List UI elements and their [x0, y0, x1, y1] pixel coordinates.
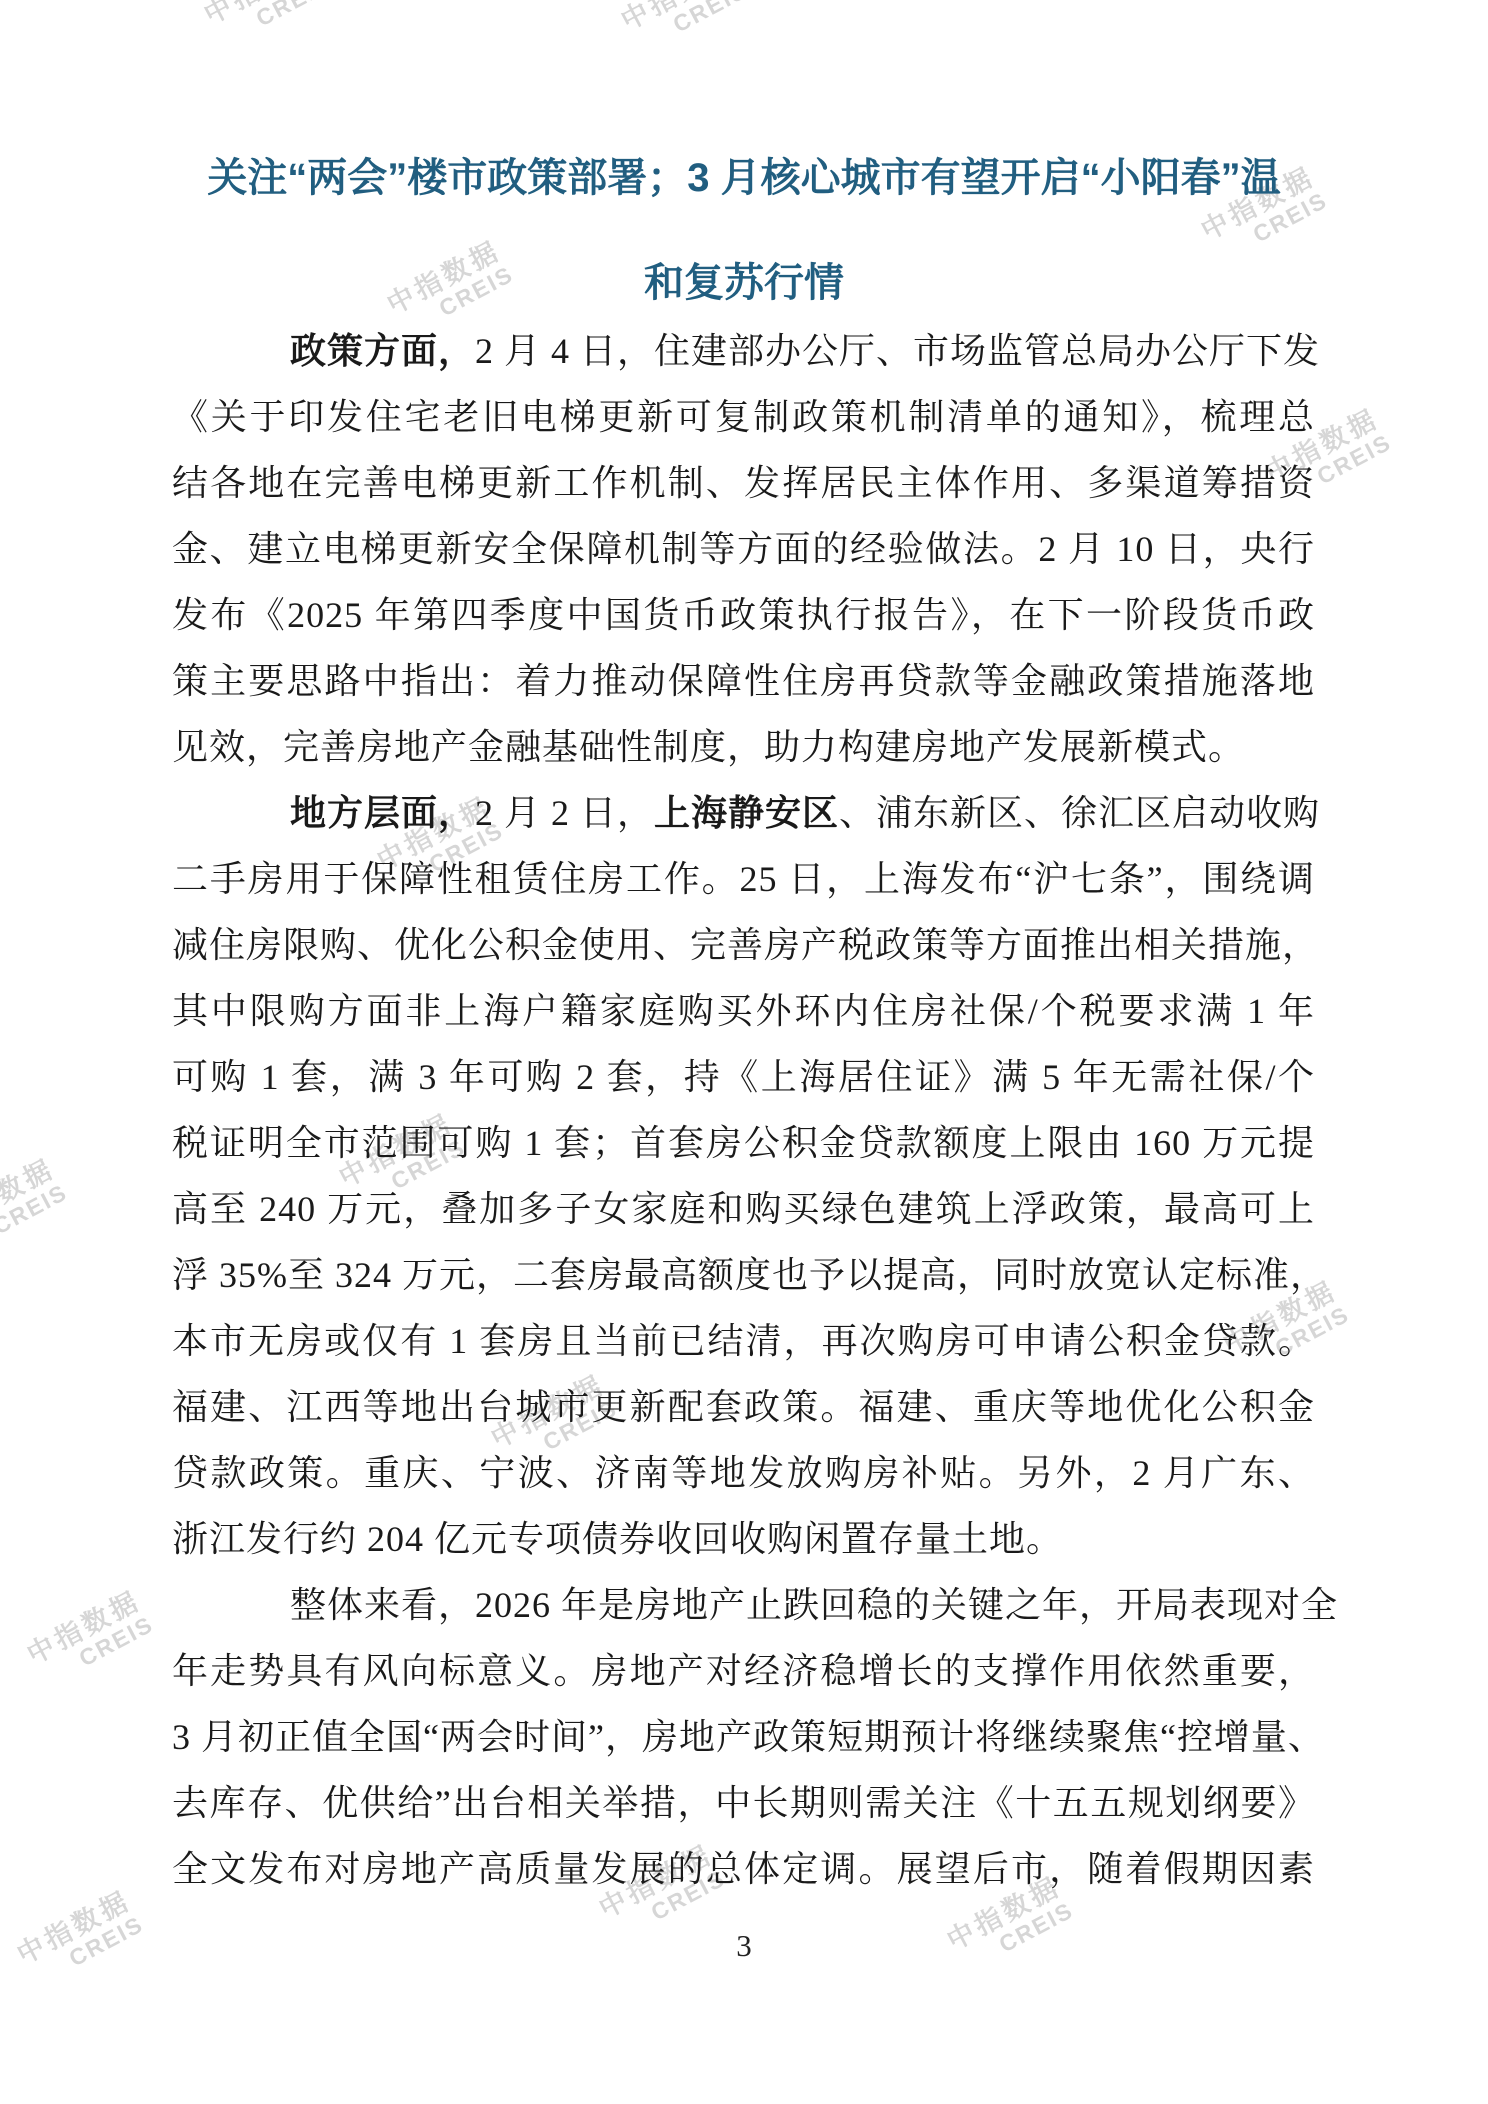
text-segment: 二手房用于保障性租赁住房工作。25 日，上海发布“沪七条”，围绕调 — [172, 859, 1315, 899]
text-segment: 贷款政策。重庆、宁波、济南等地发放购房补贴。另外，2 月广东、 — [172, 1453, 1315, 1493]
text-line: 浮 35%至 324 万元，二套房最高额度也予以提高，同时放宽认定标准， — [172, 1242, 1315, 1308]
text-segment: 政策方面， — [290, 331, 475, 371]
text-segment: 2 月 2 日， — [475, 793, 654, 833]
text-line: 地方层面，2 月 2 日，上海静安区、浦东新区、徐汇区启动收购 — [172, 780, 1315, 846]
watermark-cn-text: 中指数据 — [200, 0, 324, 31]
watermark: 中指数据CREIS — [23, 1586, 158, 1692]
text-line: 减住房限购、优化公积金使用、完善房产税政策等方面推出相关措施， — [172, 912, 1315, 978]
page-number: 3 — [0, 1928, 1488, 1964]
text-segment: 地方层面， — [290, 793, 475, 833]
text-line: 去库存、优供给”出台相关举措，中长期则需关注《十五五规划纲要》 — [172, 1770, 1315, 1836]
text-line: 3 月初正值全国“两会时间”，房地产政策短期预计将继续聚焦“控增量、 — [172, 1704, 1315, 1770]
text-line: 《关于印发住宅老旧电梯更新可复制政策机制清单的通知》，梳理总 — [172, 384, 1315, 450]
watermark-en-text: CREIS — [252, 0, 335, 31]
text-segment: 可购 1 套，满 3 年可购 2 套，持《上海居住证》满 5 年无需社保/个 — [172, 1057, 1315, 1097]
watermark: 中指数据CREIS — [617, 0, 752, 58]
text-segment: 《关于印发住宅老旧电梯更新可复制政策机制清单的通知》，梳理总 — [172, 397, 1315, 437]
watermark: 中指数据CREIS — [200, 0, 335, 52]
text-segment: 高至 240 万元，叠加多子女家庭和购买绿色建筑上浮政策，最高可上 — [172, 1189, 1315, 1229]
text-line: 其中限购方面非上海户籍家庭购买外环内住房社保/个税要求满 1 年 — [172, 978, 1315, 1044]
text-segment: 3 月初正值全国“两会时间”，房地产政策短期预计将继续聚焦“控增量、 — [172, 1717, 1325, 1757]
text-line: 策主要思路中指出：着力推动保障性住房再贷款等金融政策措施落地 — [172, 648, 1315, 714]
text-segment: 浮 35%至 324 万元，二套房最高额度也予以提高，同时放宽认定标准， — [172, 1255, 1327, 1295]
text-segment: 上海静安区 — [654, 793, 839, 833]
text-line: 全文发布对房地产高质量发展的总体定调。展望后市，随着假期因素 — [172, 1836, 1315, 1902]
text-segment: 去库存、优供给”出台相关举措，中长期则需关注《十五五规划纲要》 — [172, 1783, 1315, 1823]
text-line: 浙江发行约 204 亿元专项债券收回收购闲置存量土地。 — [172, 1506, 1315, 1572]
text-line: 税证明全市范围可购 1 套；首套房公积金贷款额度上限由 160 万元提 — [172, 1110, 1315, 1176]
text-segment: 发布《2025 年第四季度中国货币政策执行报告》，在下一阶段货币政 — [172, 595, 1315, 635]
title-line: 关注“两会”楼市政策部署；3 月核心城市有望开启“小阳春”温 — [100, 126, 1388, 231]
text-segment: 福建、江西等地出台城市更新配套政策。福建、重庆等地优化公积金 — [172, 1387, 1315, 1427]
text-segment: 本市无房或仅有 1 套房且当前已结清，再次购房可申请公积金贷款。 — [172, 1321, 1315, 1361]
document-body: 政策方面，2 月 4 日，住建部办公厅、市场监管总局办公厅下发《关于印发住宅老旧… — [172, 318, 1315, 1902]
watermark-en-text: CREIS — [1313, 429, 1396, 489]
text-line: 结各地在完善电梯更新工作机制、发挥居民主体作用、多渠道筹措资 — [172, 450, 1315, 516]
text-segment: 全文发布对房地产高质量发展的总体定调。展望后市，随着假期因素 — [172, 1849, 1315, 1889]
watermark-en-text: CREIS — [0, 1179, 72, 1239]
text-segment: 结各地在完善电梯更新工作机制、发挥居民主体作用、多渠道筹措资 — [172, 463, 1315, 503]
watermark-en-text: CREIS — [669, 0, 752, 37]
text-segment: 策主要思路中指出：着力推动保障性住房再贷款等金融政策措施落地 — [172, 661, 1315, 701]
text-line: 二手房用于保障性租赁住房工作。25 日，上海发布“沪七条”，围绕调 — [172, 846, 1315, 912]
paragraph: 地方层面，2 月 2 日，上海静安区、浦东新区、徐汇区启动收购二手房用于保障性租… — [172, 780, 1315, 1572]
text-segment: 见效，完善房地产金融基础性制度，助力构建房地产发展新模式。 — [172, 727, 1245, 767]
text-segment: 年走势具有风向标意义。房地产对经济稳增长的支撑作用依然重要， — [172, 1651, 1315, 1691]
watermark-cn-text: 中指数据 — [0, 1154, 60, 1239]
paragraph: 政策方面，2 月 4 日，住建部办公厅、市场监管总局办公厅下发《关于印发住宅老旧… — [172, 318, 1315, 780]
watermark-en-text: CREIS — [75, 1611, 158, 1671]
text-line: 见效，完善房地产金融基础性制度，助力构建房地产发展新模式。 — [172, 714, 1315, 780]
text-line: 可购 1 套，满 3 年可购 2 套，持《上海居住证》满 5 年无需社保/个 — [172, 1044, 1315, 1110]
text-line: 发布《2025 年第四季度中国货币政策执行报告》，在下一阶段货币政 — [172, 582, 1315, 648]
text-segment: 浙江发行约 204 亿元专项债券收回收购闲置存量土地。 — [172, 1519, 1063, 1559]
text-segment: 其中限购方面非上海户籍家庭购买外环内住房社保/个税要求满 1 年 — [172, 991, 1315, 1031]
text-line: 贷款政策。重庆、宁波、济南等地发放购房补贴。另外，2 月广东、 — [172, 1440, 1315, 1506]
text-segment: 、浦东新区、徐汇区启动收购 — [839, 793, 1320, 833]
watermark: 中指数据CREIS — [0, 1154, 72, 1260]
document-page: 中指数据CREIS中指数据CREIS中指数据CREIS中指数据CREIS中指数据… — [0, 0, 1488, 2104]
text-segment: 2 月 4 日，住建部办公厅、市场监管总局办公厅下发 — [475, 331, 1320, 371]
text-segment: 金、建立电梯更新安全保障机制等方面的经验做法。2 月 10 日，央行 — [172, 529, 1315, 569]
text-line: 整体来看，2026 年是房地产止跌回稳的关键之年，开局表现对全 — [172, 1572, 1315, 1638]
watermark-cn-text: 中指数据 — [23, 1586, 147, 1671]
paragraph: 整体来看，2026 年是房地产止跌回稳的关键之年，开局表现对全年走势具有风向标意… — [172, 1572, 1315, 1902]
text-segment: 税证明全市范围可购 1 套；首套房公积金贷款额度上限由 160 万元提 — [172, 1123, 1315, 1163]
text-line: 高至 240 万元，叠加多子女家庭和购买绿色建筑上浮政策，最高可上 — [172, 1176, 1315, 1242]
text-line: 福建、江西等地出台城市更新配套政策。福建、重庆等地优化公积金 — [172, 1374, 1315, 1440]
text-line: 政策方面，2 月 4 日，住建部办公厅、市场监管总局办公厅下发 — [172, 318, 1315, 384]
text-line: 金、建立电梯更新安全保障机制等方面的经验做法。2 月 10 日，央行 — [172, 516, 1315, 582]
text-segment: 减住房限购、优化公积金使用、完善房产税政策等方面推出相关措施， — [172, 925, 1319, 965]
text-segment: 整体来看，2026 年是房地产止跌回稳的关键之年，开局表现对全 — [290, 1585, 1338, 1625]
watermark-cn-text: 中指数据 — [617, 0, 741, 37]
text-line: 年走势具有风向标意义。房地产对经济稳增长的支撑作用依然重要， — [172, 1638, 1315, 1704]
text-line: 本市无房或仅有 1 套房且当前已结清，再次购房可申请公积金贷款。 — [172, 1308, 1315, 1374]
document-title: 关注“两会”楼市政策部署；3 月核心城市有望开启“小阳春”温和复苏行情 — [100, 126, 1388, 336]
